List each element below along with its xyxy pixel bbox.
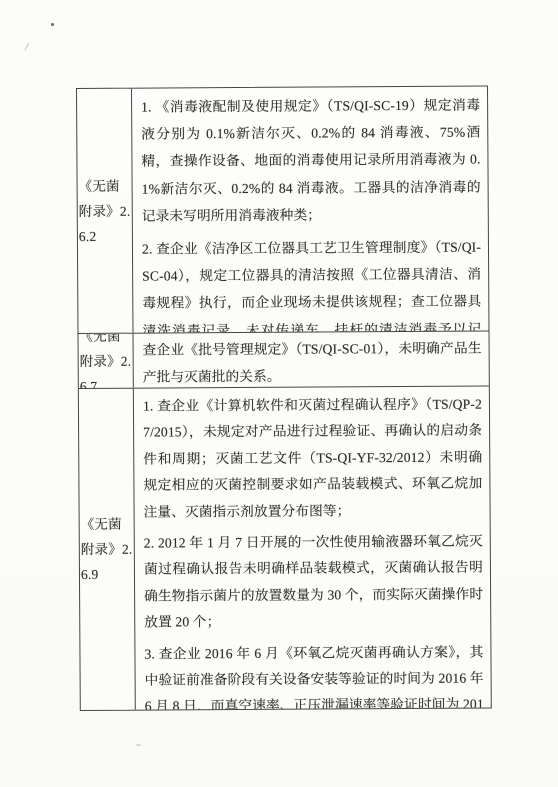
finding-paragraph: 2. 查企业《洁净区工位器具工艺卫生管理制度》（TS/QI-SC-04），规定工… [142,234,482,333]
scan-artifact-mark [25,43,35,53]
clause-label: 《无菌附录》2.6.2 [79,173,131,248]
clause-label: 《无菌附录》2.6.7 [79,334,131,388]
scan-artifact-smudge [136,744,141,746]
finding-paragraph: 查企业《批号管理规定》（TS/QI-SC-01），未明确产品生产批与灭菌批的关系… [143,335,482,388]
finding-cell: 1. 查企业《计算机软件和灭菌过程确认程序》（TS/QP-27/2015），未规… [134,386,491,709]
finding-paragraph: 3. 查企业 2016 年 6 月《环氧乙烷灭菌再确认方案》，其中验证前准备阶段… [144,639,484,709]
finding-paragraph: 2. 2012 年 1 月 7 日开展的一次性使用输液器环氧乙烷灭菌过程确认报告… [144,529,484,637]
inspection-findings-table: 《无菌附录》2.6.2 1. 《消毒液配制及使用规定》（TS/QI-SC-19）… [76,85,492,711]
finding-paragraph: 1. 《消毒液配制及使用规定》（TS/QI-SC-19）规定消毒液分别为 0.1… [141,92,481,230]
table-row-clause-2-6-9: 《无菌附录》2.6.9 1. 查企业《计算机软件和灭菌过程确认程序》（TS/QP… [79,386,491,709]
table-row-clause-2-6-7: 《无菌附录》2.6.7 查企业《批号管理规定》（TS/QI-SC-01），未明确… [79,331,489,389]
scanned-document-page: 《无菌附录》2.6.2 1. 《消毒液配制及使用规定》（TS/QI-SC-19）… [0,0,558,787]
clause-cell: 《无菌附录》2.6.7 [79,334,134,388]
finding-cell: 查企业《批号管理规定》（TS/QI-SC-01），未明确产品生产批与灭菌批的关系… [134,331,489,387]
scan-artifact-dot [51,23,54,26]
finding-paragraph: 1. 查企业《计算机软件和灭菌过程确认程序》（TS/QP-27/2015），未规… [143,392,483,526]
clause-cell: 《无菌附录》2.6.9 [79,389,136,710]
clause-cell: 《无菌附录》2.6.2 [77,89,133,333]
clause-label: 《无菌附录》2.6.9 [81,512,133,587]
finding-cell: 1. 《消毒液配制及使用规定》（TS/QI-SC-19）规定消毒液分别为 0.1… [132,86,488,332]
table-row-clause-2-6-2: 《无菌附录》2.6.2 1. 《消毒液配制及使用规定》（TS/QI-SC-19）… [77,86,488,333]
